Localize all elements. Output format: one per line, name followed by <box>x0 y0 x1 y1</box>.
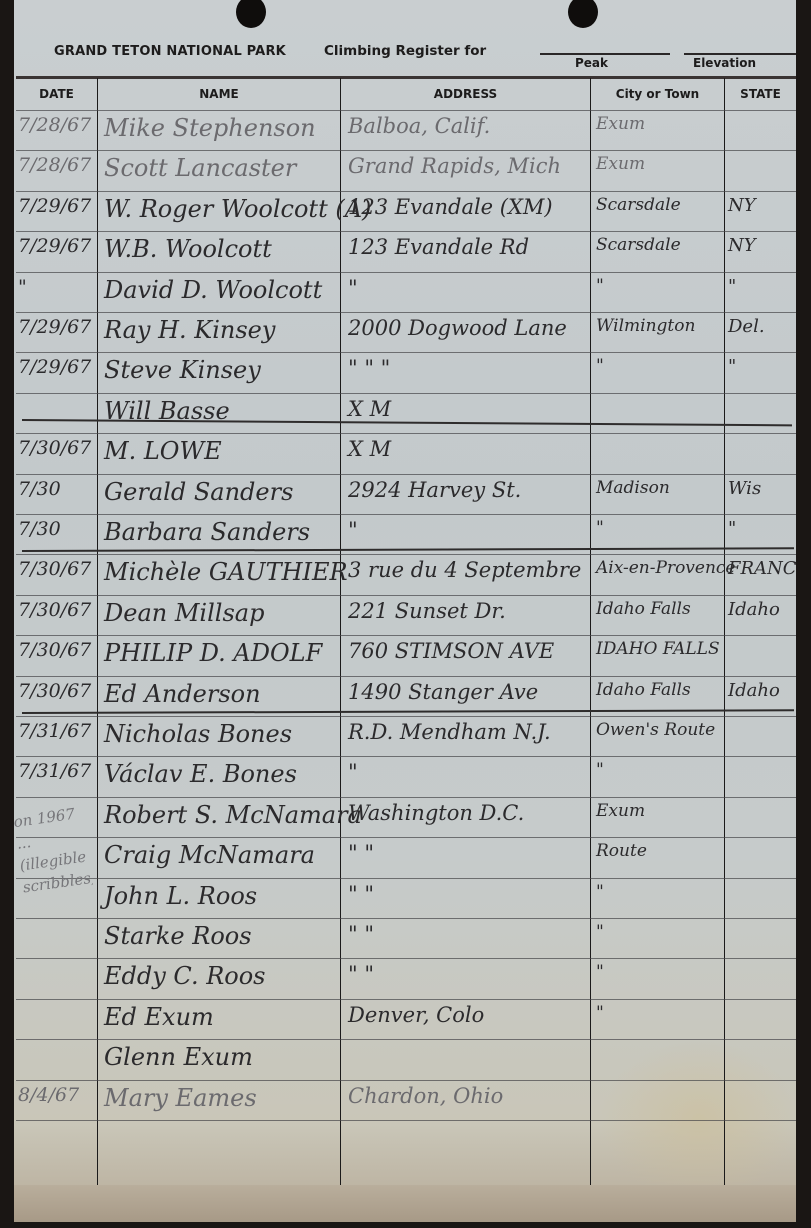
column-header-date: DATE <box>16 87 97 101</box>
ruled-line <box>16 918 796 919</box>
ruled-line <box>16 110 796 111</box>
entry-name: Gerald Sanders <box>104 478 293 506</box>
ruled-line <box>16 716 796 717</box>
entry-city: " <box>596 1003 604 1023</box>
entry-date: 7/29/67 <box>18 235 91 257</box>
entry-name: M. LOWE <box>104 437 222 465</box>
ruled-line <box>16 595 796 596</box>
ruled-line <box>16 433 796 434</box>
entry-name: Mary Eames <box>104 1084 257 1112</box>
ruled-line <box>16 635 796 636</box>
climbing-register-page: GRAND TETON NATIONAL PARK Climbing Regis… <box>14 0 796 1222</box>
entry-name: Nicholas Bones <box>104 720 292 748</box>
ruled-line <box>16 676 796 677</box>
column-header-state: STATE <box>725 87 796 101</box>
ruled-line <box>16 554 796 555</box>
ruled-line <box>16 474 796 475</box>
entry-address: 1490 Stanger Ave <box>348 680 538 704</box>
entry-date: 7/30/67 <box>18 558 91 580</box>
entry-state: NY <box>728 235 756 256</box>
peak-label: Peak <box>575 56 608 70</box>
entry-state: " <box>728 356 736 377</box>
header-rule <box>16 76 796 79</box>
entry-address: " " <box>348 962 374 986</box>
entry-date: 7/30 <box>18 518 61 540</box>
entry-city: Wilmington <box>596 316 695 336</box>
entry-address: 2924 Harvey St. <box>348 478 521 502</box>
entry-date: 7/28/67 <box>18 114 91 136</box>
entry-address: 123 Evandale (XM) <box>348 195 553 219</box>
ruled-line <box>16 837 796 838</box>
entry-name: Michèle GAUTHIER <box>104 558 348 586</box>
entry-city: Madison <box>596 478 670 498</box>
entry-city: " <box>596 760 604 780</box>
register-label: Climbing Register for <box>324 43 486 59</box>
ruled-line <box>16 958 796 959</box>
entry-city: Idaho Falls <box>596 599 691 619</box>
entry-state: " <box>728 518 736 539</box>
entry-state: Idaho <box>728 599 780 620</box>
column-header-address: ADDRESS <box>341 87 590 101</box>
entry-name: Starke Roos <box>104 922 252 950</box>
entry-date: 7/30/67 <box>18 599 91 621</box>
entry-address: " " <box>348 841 374 865</box>
ruled-line <box>16 150 796 151</box>
entry-date: 7/30/67 <box>18 639 91 661</box>
column-divider <box>590 78 591 1222</box>
entry-state: NY <box>728 195 756 216</box>
ruled-line <box>16 999 796 1000</box>
column-header-name: NAME <box>98 87 340 101</box>
entry-name: PHILIP D. ADOLF <box>104 639 322 667</box>
entry-city: " <box>596 356 604 376</box>
entry-city: Scarsdale <box>596 195 681 215</box>
entry-city: " <box>596 922 604 942</box>
entry-address: X M <box>348 437 391 461</box>
entry-city: Owen's Route <box>596 720 715 740</box>
entry-address: Balboa, Calif. <box>348 114 490 138</box>
ruled-line <box>16 352 796 353</box>
entry-name: Scott Lancaster <box>104 154 296 182</box>
entry-city: Exum <box>596 154 645 174</box>
hand-drawn-separator <box>22 709 794 714</box>
entry-name: Ray H. Kinsey <box>104 316 275 344</box>
entry-state: " <box>728 276 736 297</box>
entry-date: 7/30 <box>18 478 61 500</box>
entry-date: 7/28/67 <box>18 154 91 176</box>
ruled-line <box>16 272 796 273</box>
entry-name: Craig McNamara <box>104 841 315 869</box>
column-divider <box>340 78 341 1222</box>
elevation-blank-line <box>684 53 796 55</box>
page-bottom-edge <box>14 1185 796 1222</box>
entry-city: " <box>596 276 604 296</box>
entry-address: Grand Rapids, Mich <box>348 154 561 178</box>
entry-address: " " <box>348 882 374 906</box>
entry-state: Del. <box>728 316 765 337</box>
entry-address: R.D. Mendham N.J. <box>348 720 551 744</box>
entry-city: Scarsdale <box>596 235 681 255</box>
ruled-line <box>16 756 796 757</box>
elevation-label: Elevation <box>693 56 756 70</box>
ruled-line <box>16 1080 796 1081</box>
ruled-line <box>16 1039 796 1040</box>
entry-address: " " <box>348 922 374 946</box>
entry-date: 7/29/67 <box>18 316 91 338</box>
entry-city: " <box>596 882 604 902</box>
hand-drawn-separator <box>22 548 794 553</box>
entry-name: Dean Millsap <box>104 599 264 627</box>
entry-city: Exum <box>596 801 645 821</box>
entry-name: W.B. Woolcott <box>104 235 272 263</box>
entry-city: Aix-en-Provence <box>596 558 736 578</box>
entry-name: Glenn Exum <box>104 1043 253 1071</box>
binder-hole-right <box>568 0 598 28</box>
entry-address: 221 Sunset Dr. <box>348 599 506 623</box>
entry-name: Ed Exum <box>104 1003 214 1031</box>
entry-address: " <box>348 760 358 784</box>
entry-name: Václav E. Bones <box>104 760 297 788</box>
entry-name: David D. Woolcott <box>104 276 322 304</box>
entry-date: 7/31/67 <box>18 760 91 782</box>
ruled-line <box>16 393 796 394</box>
ruled-line <box>16 1120 796 1121</box>
ruled-line <box>16 878 796 879</box>
entry-state: Idaho <box>728 680 780 701</box>
entry-city: " <box>596 962 604 982</box>
ruled-line <box>16 231 796 232</box>
entry-city: Idaho Falls <box>596 680 691 700</box>
ruled-line <box>16 514 796 515</box>
entry-city: Exum <box>596 114 645 134</box>
entry-address: 3 rue du 4 Septembre <box>348 558 581 582</box>
entry-state: FRANCE <box>728 558 796 579</box>
ruled-line <box>16 797 796 798</box>
park-title: GRAND TETON NATIONAL PARK <box>54 44 286 59</box>
entry-address: 760 STIMSON AVE <box>348 639 554 663</box>
entry-state: Wis <box>728 478 761 499</box>
entry-name: Steve Kinsey <box>104 356 261 384</box>
entry-date: " <box>18 276 27 298</box>
entry-city: " <box>596 518 604 538</box>
entry-date: 7/30/67 <box>18 680 91 702</box>
entry-address: 2000 Dogwood Lane <box>348 316 567 340</box>
entry-address: Denver, Colo <box>348 1003 484 1027</box>
entry-name: Mike Stephenson <box>104 114 316 142</box>
entry-city: Route <box>596 841 647 861</box>
column-header-city: City or Town <box>591 87 724 101</box>
entry-address: " <box>348 518 358 542</box>
binder-hole-left <box>236 0 266 28</box>
entry-date: 7/29/67 <box>18 356 91 378</box>
entry-name: Ed Anderson <box>104 680 261 708</box>
entry-address: " <box>348 276 358 300</box>
entry-date: 7/29/67 <box>18 195 91 217</box>
ruled-line <box>16 191 796 192</box>
entry-name: W. Roger Woolcott (A) <box>104 195 371 223</box>
entry-name: Barbara Sanders <box>104 518 310 546</box>
peak-blank-line <box>540 53 670 55</box>
entry-address: X M <box>348 397 391 421</box>
entry-address: Washington D.C. <box>348 801 524 825</box>
entry-name: Eddy C. Roos <box>104 962 265 990</box>
entry-address: Chardon, Ohio <box>348 1084 503 1108</box>
ruled-line <box>16 312 796 313</box>
column-divider <box>724 78 725 1222</box>
entry-address: " " " <box>348 356 390 380</box>
entry-address: 123 Evandale Rd <box>348 235 529 259</box>
entry-date: 7/31/67 <box>18 720 91 742</box>
entry-name: John L. Roos <box>104 882 257 910</box>
entry-date: 7/30/67 <box>18 437 91 459</box>
entry-name: Robert S. McNamara <box>104 801 362 829</box>
entry-city: IDAHO FALLS <box>596 639 720 659</box>
